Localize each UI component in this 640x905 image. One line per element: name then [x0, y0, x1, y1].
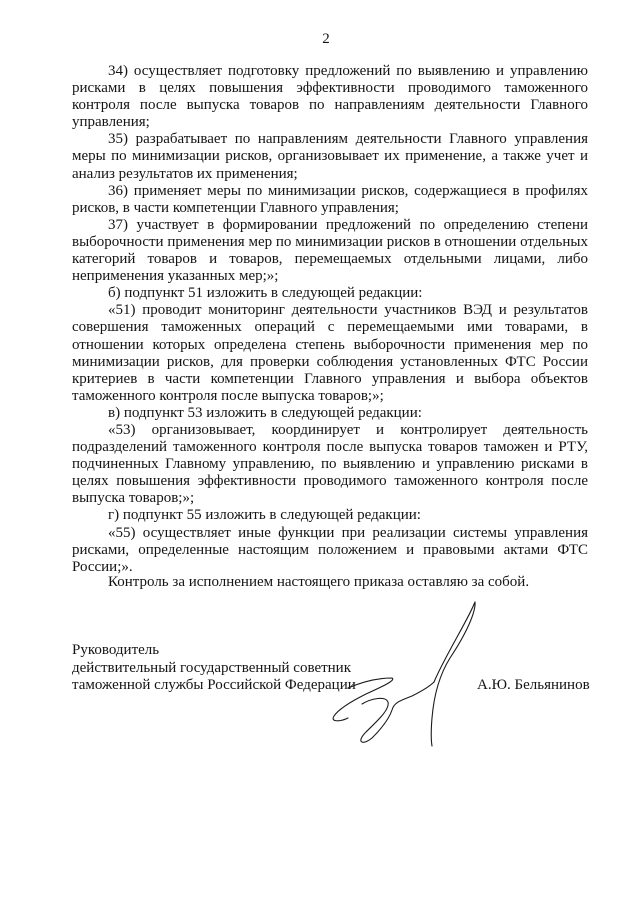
paragraph-amend-53-intro: в) подпункт 53 изложить в следующей реда… — [72, 405, 588, 422]
page-number: 2 — [0, 31, 640, 48]
handwritten-signature-icon — [300, 598, 490, 748]
paragraph-item-34: 34) осуществляет подготовку предложений … — [72, 63, 588, 131]
paragraph-amend-51-intro: б) подпункт 51 изложить в следующей реда… — [72, 285, 588, 302]
signer-name: А.Ю. Бельянинов — [477, 677, 589, 695]
paragraph-item-55: «55) осуществляет иные функции при реали… — [72, 525, 588, 576]
paragraph-item-51: «51) проводит мониторинг деятельности уч… — [72, 302, 588, 405]
paragraph-item-53: «53) организовывает, координирует и конт… — [72, 422, 588, 507]
paragraph-item-37: 37) участвует в формировании предложений… — [72, 217, 588, 285]
closing-statement: Контроль за исполнением настоящего прика… — [72, 574, 588, 591]
paragraph-amend-55-intro: г) подпункт 55 изложить в следующей реда… — [72, 507, 588, 524]
paragraph-item-36: 36) применяет меры по минимизации рисков… — [72, 183, 588, 217]
paragraph-item-35: 35) разрабатывает по направлениям деятел… — [72, 131, 588, 182]
document-body: 34) осуществляет подготовку предложений … — [72, 63, 588, 576]
